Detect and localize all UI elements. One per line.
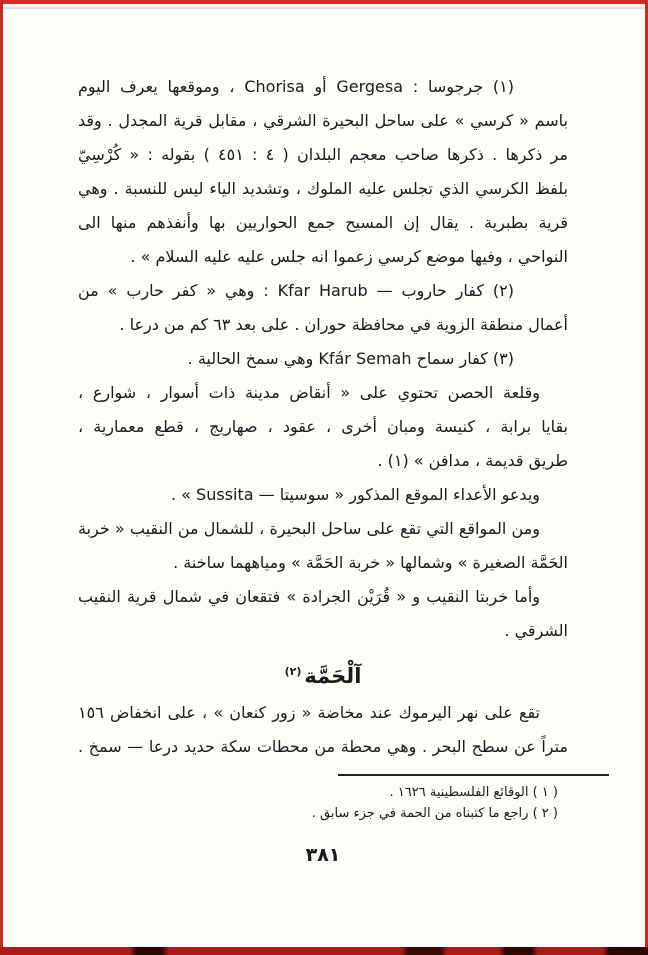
text-line: (١) جرجوسا : Gergesa أو Chorisa ، وموقعه… [78, 70, 568, 104]
text-line: طريق قديمة ، مدافن » (١) . [78, 444, 568, 478]
text-line: وأما خربتا النقيب و « قُرَيْن الجرادة » … [78, 580, 568, 614]
body-text-upper: (١) جرجوسا : Gergesa أو Chorisa ، وموقعه… [78, 70, 568, 648]
text-line: تقع على نهر اليرموك عند مخاضة « زور كنعا… [78, 696, 568, 730]
scan-shadow-line [0, 7, 648, 9]
footnote-line: ( ٢ ) راجع ما كتبناه من الحمة في جزء ساب… [78, 803, 568, 824]
text-line: ومن المواقع التي تقع على ساحل البحيرة ، … [78, 512, 568, 546]
body-text-lower: تقع على نهر اليرموك عند مخاضة « زور كنعا… [78, 696, 568, 764]
footnotes-block: ( ١ ) الوقائع الفلسطينية ١٦٢٦ .( ٢ ) راج… [78, 782, 568, 824]
text-line: مر ذكرها . ذكرها صاحب معجم البلدان ( ٤ :… [78, 138, 568, 172]
footnote-separator [338, 774, 609, 776]
scan-border-top [0, 0, 648, 4]
section-heading-text: آلْحَمَّة [304, 664, 361, 688]
scanned-book-page: (١) جرجوسا : Gergesa أو Chorisa ، وموقعه… [0, 0, 648, 955]
text-line: بقايا برابة ، كنيسة ومبان أخرى ، عقود ، … [78, 410, 568, 444]
footnote-line: ( ١ ) الوقائع الفلسطينية ١٦٢٦ . [78, 782, 568, 803]
text-line: ويدعو الأعداء الموقع المذكور « سوسيتا — … [78, 478, 568, 512]
text-line: قرية بطبرية . يقال إن المسيح جمع الحواري… [78, 206, 568, 240]
text-line: الشرقي . [78, 614, 568, 648]
page-number: ٣٨١ [78, 844, 568, 866]
text-line: النواحي ، وفيها موضع كرسي زعموا انه جلس … [78, 240, 568, 274]
text-column: (١) جرجوسا : Gergesa أو Chorisa ، وموقعه… [78, 70, 568, 866]
text-line: أعمال منطقة الزوية في محافظة حوران . على… [78, 308, 568, 342]
text-line: باسم « كرسي » على ساحل البحيرة الشرقي ، … [78, 104, 568, 138]
text-line: وقلعة الحصن تحتوي على « أنقاض مدينة ذات … [78, 376, 568, 410]
footnote-ref-icon: (٢) [285, 665, 302, 678]
scan-border-bottom [0, 947, 648, 955]
text-line: (٣) كفار سماح Kfár Semah وهي سمخ الحالية… [78, 342, 568, 376]
text-line: بلفظ الكرسي الذي تجلس عليه الملوك ، وتشد… [78, 172, 568, 206]
text-line: متراً عن سطح البحر . وهي محطة من محطات س… [78, 730, 568, 764]
scan-border-left [0, 0, 3, 955]
text-line: الحَمَّة الصغيرة » وشمالها « خربة الحَمَ… [78, 546, 568, 580]
section-heading: آلْحَمَّة(٢) [78, 650, 568, 694]
text-line: (٢) كفار حاروب — Kfar Harub : وهي « كفر … [78, 274, 568, 308]
